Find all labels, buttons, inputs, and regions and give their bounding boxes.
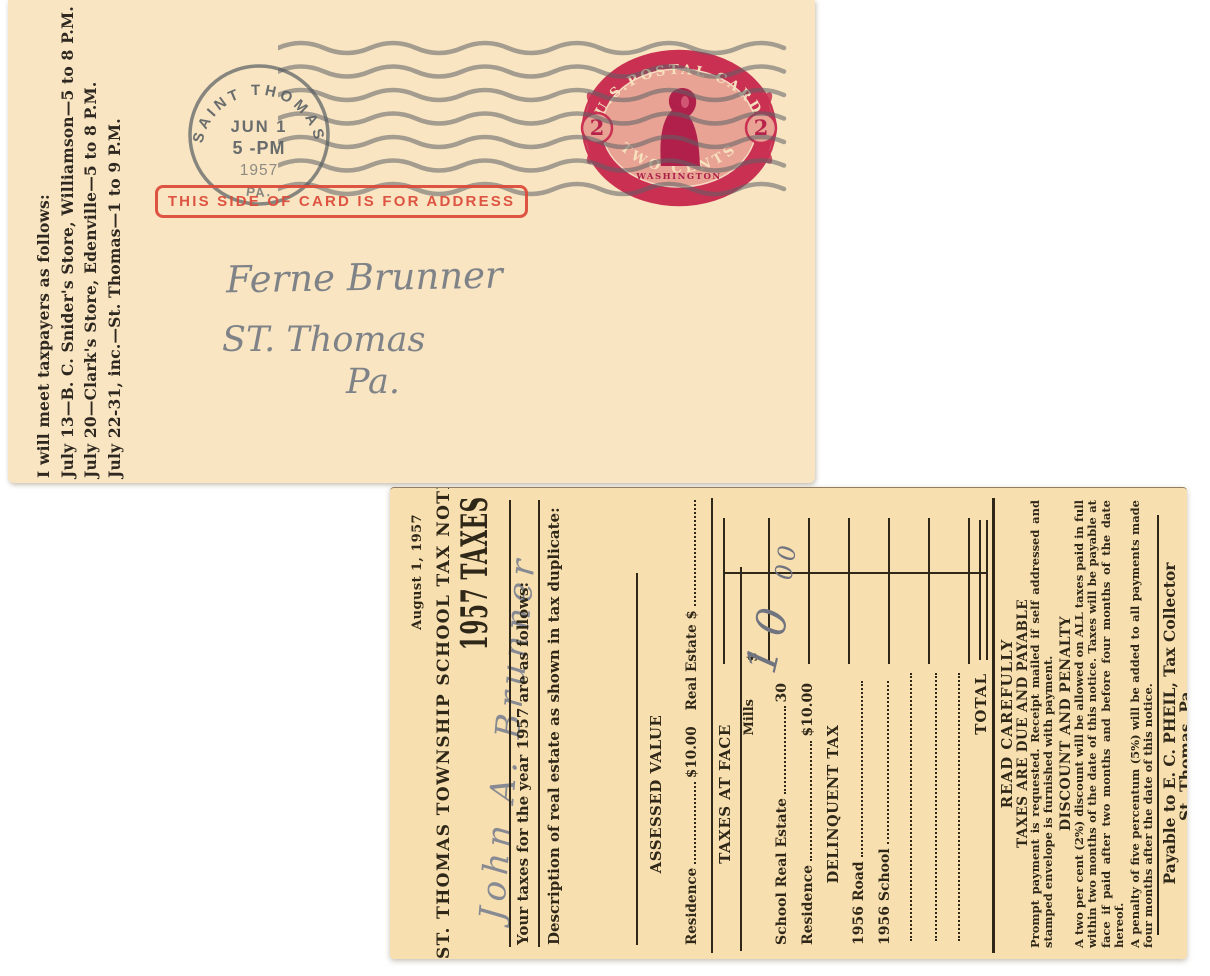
assessed-value-row: Residence $10.00 Real Estate $	[684, 496, 700, 945]
leader-dots	[885, 681, 889, 844]
rule	[711, 498, 713, 953]
taxes-at-face-heading: TAXES AT FACE	[716, 629, 734, 959]
assessed-value1: $10.00	[684, 726, 700, 778]
meeting-line-1: I will meet taxpayers as follows:	[32, 8, 56, 478]
postmark-year: 1957	[240, 162, 278, 179]
rule	[1157, 515, 1159, 935]
prompt-payment-paragraph: Prompt payment is requested. Receipt mai…	[1029, 500, 1056, 948]
blank-dotted-row	[956, 669, 963, 945]
leader-dots	[808, 741, 812, 861]
mills-column-header: Mills	[742, 699, 757, 774]
handwritten-recipient-name: Ferne Brunner	[226, 254, 503, 302]
meeting-line-4: July 22-31, inc.—St. Thomas—1 to 9 P.M.	[103, 8, 127, 478]
leader-dots	[859, 681, 863, 857]
collector-address-line: St. Thomas, Pa.	[1176, 548, 1187, 959]
description-label: Description of real estate as shown in t…	[545, 507, 563, 945]
leader-dots	[692, 500, 696, 606]
notice-year-heading: 1957 TAXES	[454, 496, 496, 650]
rule	[509, 500, 511, 947]
residence-label: Residence	[800, 865, 816, 945]
blank-dotted-row	[908, 669, 915, 945]
tax-notice-card: August 1, 1957 ST. THOMAS TOWNSHIP SCHOO…	[390, 487, 1187, 959]
intro-line: Your taxes for the year 1957 are as foll…	[514, 582, 532, 945]
cancellation-lines-icon	[278, 38, 815, 198]
tax-notice-content: August 1, 1957 ST. THOMAS TOWNSHIP SCHOO…	[390, 488, 1187, 959]
assessed-label2: Real Estate $	[684, 610, 700, 710]
address-side-box-label: THIS SIDE OF CARD IS FOR ADDRESS	[168, 193, 515, 210]
leader-dots	[782, 706, 786, 794]
heavy-rule	[992, 498, 995, 953]
school-real-estate-mills: 30	[774, 683, 790, 702]
assessed-label1: Residence	[684, 868, 700, 945]
school-real-estate-label: School Real Estate	[774, 798, 790, 945]
total-label: TOTAL	[972, 673, 990, 819]
leader-dots	[692, 782, 696, 864]
road-1956-row: 1956 Road	[851, 677, 867, 945]
meeting-line-3: July 20—Clark's Store, Edenville—5 to 8 …	[79, 8, 103, 478]
assessed-value-heading: ASSESSED VALUE	[647, 629, 665, 959]
rule	[538, 500, 540, 947]
road-1956-label: 1956 Road	[851, 861, 867, 945]
address-side-box: THIS SIDE OF CARD IS FOR ADDRESS	[155, 185, 528, 218]
school-1956-row: 1956 School	[877, 677, 893, 945]
school-1956-label: 1956 School	[877, 848, 893, 945]
discount-paragraph: A two per cent (2%) discount will be all…	[1073, 500, 1127, 948]
penalty-paragraph: A penalty of five percentum (5%) will be…	[1129, 500, 1156, 948]
residence-row: Residence $10.00	[800, 683, 816, 945]
fill-in-line	[636, 573, 638, 945]
handwritten-recipient-state: Pa.	[346, 362, 400, 402]
delinquent-tax-heading: DELINQUENT TAX	[825, 649, 842, 959]
residence-value: $10.00	[800, 683, 816, 737]
address-card: I will meet taxpayers as follows: July 1…	[8, 0, 815, 483]
notice-date: August 1, 1957	[410, 514, 425, 630]
school-real-estate-row: School Real Estate 30	[774, 683, 790, 945]
read-carefully-heading: READ CAREFULLY	[998, 488, 1016, 959]
postmark-day: JUN 1	[231, 118, 288, 136]
meeting-line-2: July 13—B. C. Snider's Store, Williamson…	[56, 8, 80, 478]
handwritten-recipient-city: ST. Thomas	[222, 320, 425, 360]
blank-dotted-row	[933, 669, 940, 945]
postmark-time: 5 -PM	[232, 138, 285, 158]
cents-divider-line	[723, 573, 987, 575]
notice-title: ST. THOMAS TOWNSHIP SCHOOL TAX NOTICE	[434, 488, 454, 959]
handwritten-amount-cents: 00	[769, 540, 802, 582]
meeting-notice: I will meet taxpayers as follows: July 1…	[32, 8, 128, 478]
